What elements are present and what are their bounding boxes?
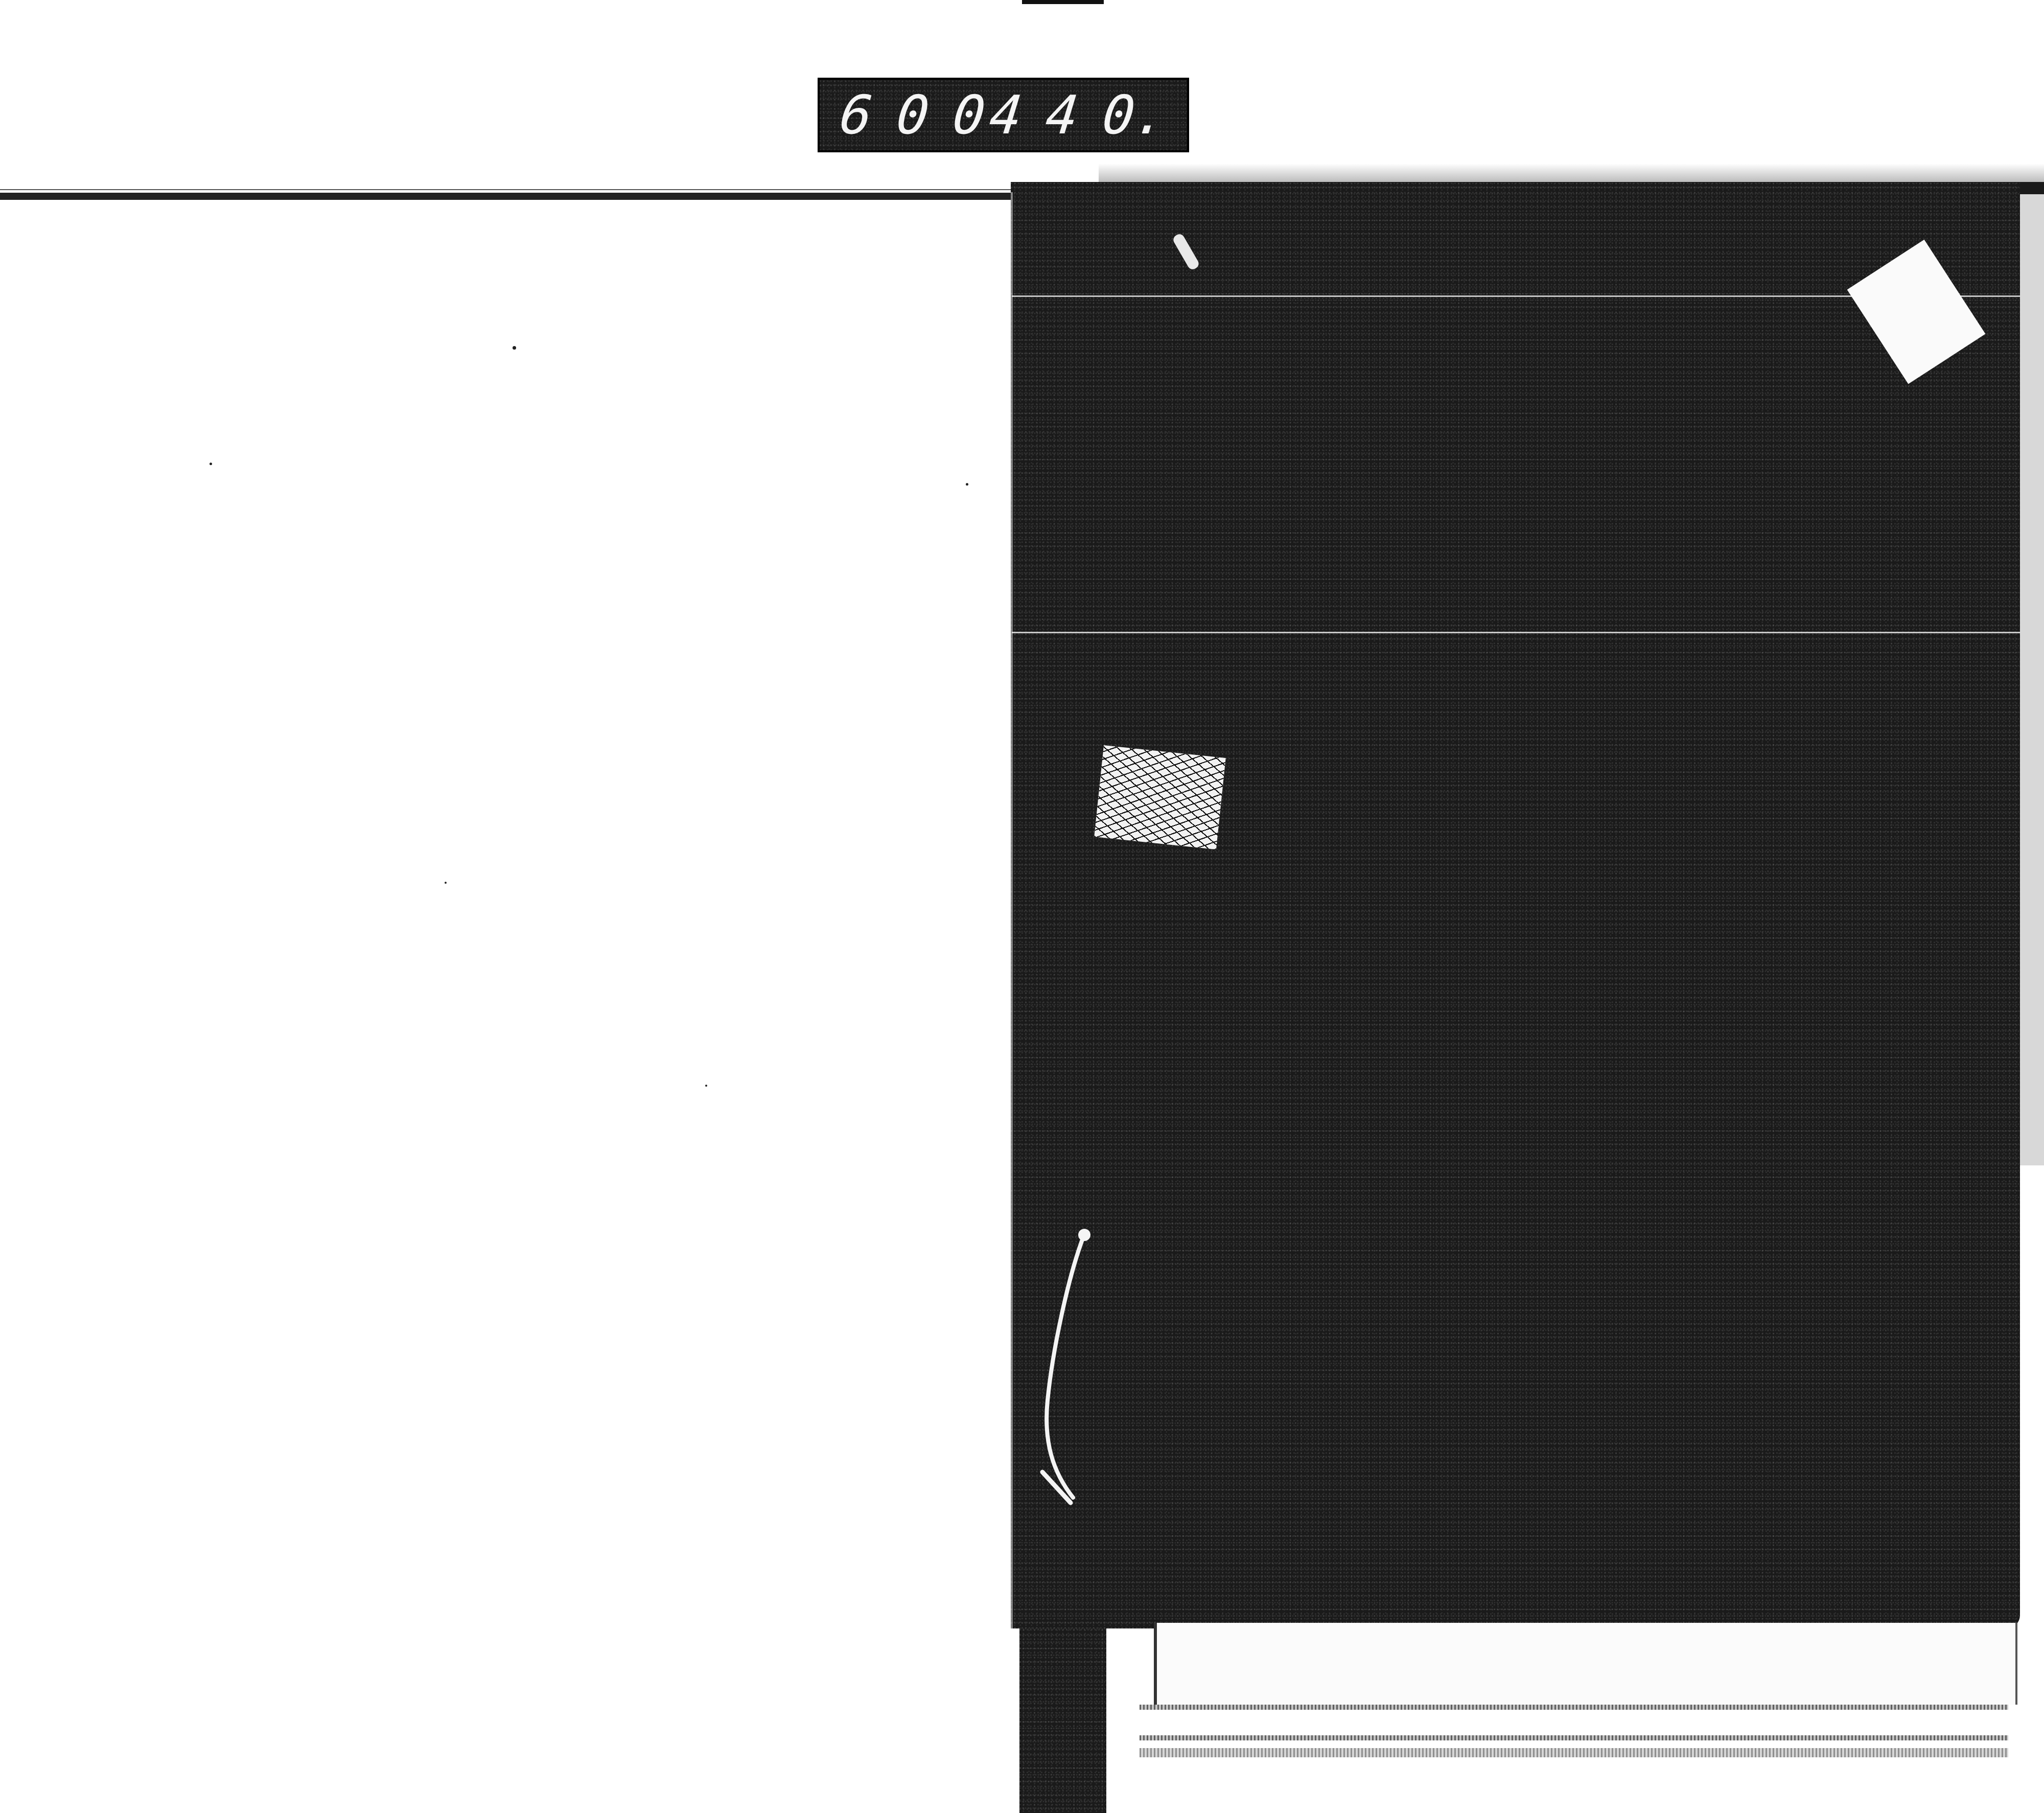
paper-speck — [705, 1085, 707, 1087]
paper-speck — [513, 346, 516, 350]
paper-speck — [966, 483, 968, 486]
spine — [1019, 1610, 1106, 1813]
cover-edge — [1011, 192, 1013, 1628]
page-stack — [1154, 1623, 2017, 1705]
paper-speck — [210, 463, 212, 465]
page-top-edge-line — [0, 189, 1022, 190]
counter-right-group: 4 4 0. — [990, 88, 1167, 142]
page-top-edge — [0, 193, 1022, 200]
counter-digit: 0 — [894, 88, 932, 142]
top-clip — [1022, 0, 1104, 4]
binding-cord — [1032, 1217, 1094, 1513]
counter-digit: 4 — [987, 88, 1025, 142]
counter-digit: 0. — [1100, 88, 1169, 142]
counter-left-group: 6 0 0 — [840, 88, 985, 142]
counter-digit: 4 — [1043, 88, 1081, 142]
page-edge — [1140, 1748, 2008, 1757]
counter-digit: 6 — [838, 88, 875, 142]
adjacent-volume-edge — [2017, 194, 2044, 1165]
frame-counter-display: 6 0 0 4 4 0. — [818, 78, 1189, 152]
paper-speck — [445, 882, 447, 884]
fold-line — [1012, 632, 2020, 633]
page-edge — [1140, 1705, 2008, 1710]
cover-shadow — [1099, 164, 2044, 184]
counter-digit: 0 — [950, 88, 988, 142]
book-cover — [1011, 182, 2020, 1628]
page-edge — [1140, 1735, 2008, 1740]
patterned-sticker — [1094, 745, 1226, 850]
